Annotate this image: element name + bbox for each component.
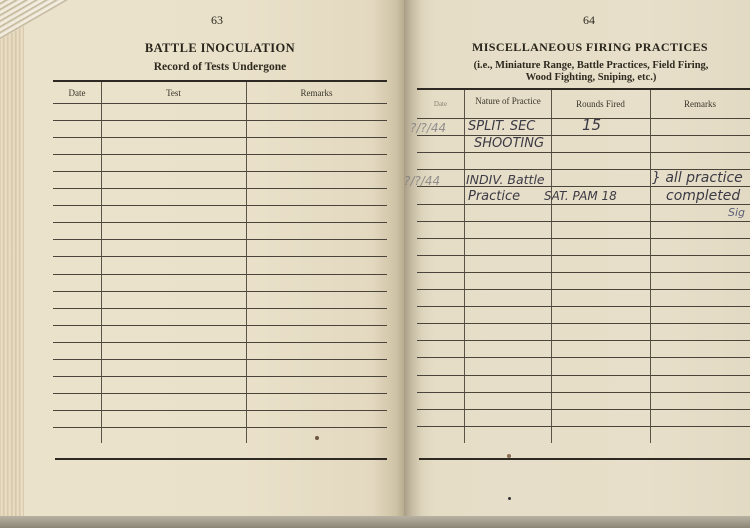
row-rule bbox=[417, 409, 750, 410]
column-header-nature-of-practice: Nature of Practice bbox=[470, 96, 546, 106]
entry-date: ?/?/44 bbox=[404, 174, 440, 188]
row-rule bbox=[53, 154, 387, 155]
column-divider bbox=[464, 90, 465, 443]
row-rule bbox=[53, 256, 387, 257]
column-header-date: Date bbox=[417, 99, 464, 109]
table-bottom-rule bbox=[55, 458, 387, 460]
ink-spot bbox=[507, 454, 511, 458]
row-rule bbox=[417, 306, 750, 307]
row-rule bbox=[417, 221, 750, 222]
row-rule bbox=[417, 238, 750, 239]
row-rule bbox=[53, 410, 387, 411]
bottom-shadow bbox=[0, 516, 750, 528]
column-header-rounds-fired: Rounds Fired bbox=[551, 99, 650, 109]
column-divider bbox=[551, 90, 552, 443]
row-rule bbox=[53, 239, 387, 240]
row-rule bbox=[417, 392, 750, 393]
row-rule bbox=[417, 135, 750, 136]
column-header-test: Test bbox=[101, 88, 246, 98]
right-page-number: 64 bbox=[583, 13, 595, 28]
table-bottom-rule bbox=[419, 458, 750, 460]
table-top-rule bbox=[417, 88, 750, 90]
row-rule bbox=[417, 204, 750, 205]
row-rule bbox=[53, 222, 387, 223]
right-page-subtitle-line2: Wood Fighting, Sniping, etc.) bbox=[436, 72, 746, 83]
row-rule bbox=[53, 325, 387, 326]
left-page-number: 63 bbox=[211, 13, 223, 28]
column-header-date: Date bbox=[53, 88, 101, 98]
row-rule bbox=[417, 272, 750, 273]
entry-remarks-line1: } all practice bbox=[652, 170, 743, 186]
row-rule bbox=[53, 376, 387, 377]
column-header-remarks: Remarks bbox=[246, 88, 387, 98]
column-divider bbox=[650, 90, 651, 443]
right-page-title: MISCELLANEOUS FIRING PRACTICES bbox=[440, 40, 740, 55]
row-rule bbox=[417, 323, 750, 324]
entry-nature-line1: INDIV. Battle bbox=[466, 172, 545, 187]
entry-date: ?/?/44 bbox=[410, 121, 446, 135]
entry-remarks-line2: completed bbox=[666, 188, 740, 204]
row-rule bbox=[417, 357, 750, 358]
right-page-subtitle-line1: (i.e., Miniature Range, Battle Practices… bbox=[436, 60, 746, 71]
left-page-title: BATTLE INOCULATION bbox=[100, 41, 340, 56]
row-rule bbox=[417, 152, 750, 153]
ink-spot bbox=[315, 436, 319, 440]
table-top-rule bbox=[53, 80, 387, 82]
entry-rounds-fired: 15 bbox=[582, 116, 601, 134]
entry-nature-line1: SPLIT. SEC bbox=[468, 119, 535, 134]
row-rule bbox=[53, 137, 387, 138]
row-rule bbox=[417, 289, 750, 290]
left-page-subtitle: Record of Tests Undergone bbox=[100, 61, 340, 73]
page-edges bbox=[0, 0, 24, 520]
entry-rounds-fired: SAT. PAM 18 bbox=[544, 189, 617, 203]
row-rule bbox=[417, 255, 750, 256]
row-rule bbox=[53, 205, 387, 206]
signature-initials: Sig bbox=[728, 206, 745, 219]
entry-nature-line2: SHOOTING bbox=[474, 136, 544, 151]
ink-spot bbox=[508, 497, 511, 500]
row-rule bbox=[53, 103, 387, 104]
row-rule bbox=[417, 340, 750, 341]
row-rule bbox=[53, 308, 387, 309]
column-header-remarks: Remarks bbox=[650, 99, 750, 109]
row-rule bbox=[53, 120, 387, 121]
row-rule bbox=[53, 359, 387, 360]
row-rule bbox=[417, 375, 750, 376]
row-rule bbox=[53, 171, 387, 172]
row-rule bbox=[53, 393, 387, 394]
row-rule bbox=[53, 427, 387, 428]
row-rule bbox=[53, 188, 387, 189]
row-rule bbox=[53, 291, 387, 292]
left-page bbox=[0, 0, 404, 520]
entry-nature-line2: Practice bbox=[468, 189, 520, 204]
row-rule bbox=[53, 274, 387, 275]
open-book: 63 BATTLE INOCULATION Record of Tests Un… bbox=[0, 0, 750, 528]
row-rule bbox=[53, 342, 387, 343]
row-rule bbox=[417, 426, 750, 427]
